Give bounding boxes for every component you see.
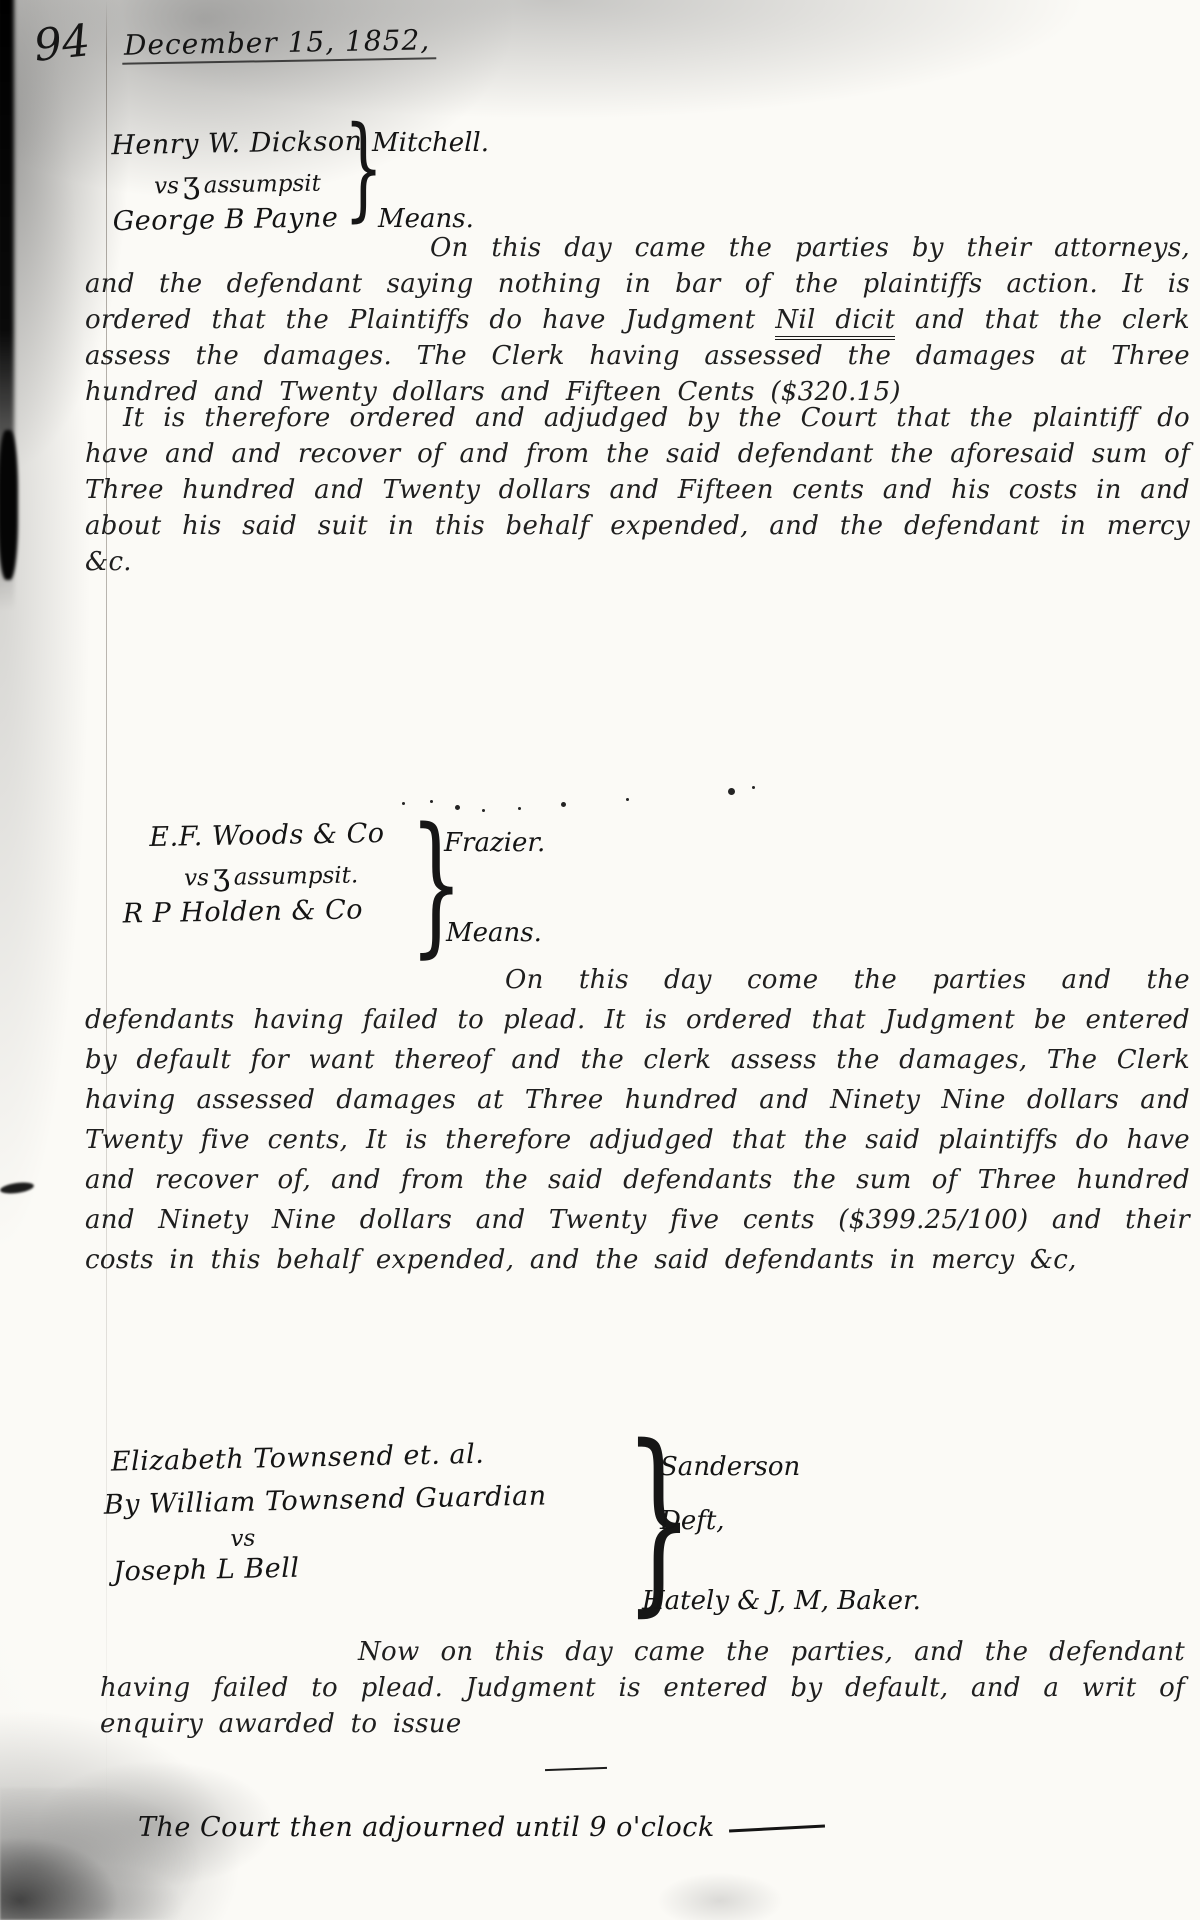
case2-defendant: R P Holden & Co <box>122 894 386 930</box>
adjournment-line: The Court then adjourned until 9 o'clock <box>138 1812 825 1843</box>
case2-order-paragraph: On this day come the parties and the def… <box>85 960 1190 1280</box>
paragraph-end-dash <box>545 1767 607 1771</box>
case2-action: assumpsit. <box>234 862 359 890</box>
case3-attorney-line2: Deft, <box>660 1506 725 1536</box>
case3-plaintiff-line2: By William Townsend Guardian <box>103 1480 546 1520</box>
case3-caption: Elizabeth Townsend et. al. By William To… <box>111 1437 549 1587</box>
case2-vs: vs <box>184 865 209 891</box>
case1-vs-line: vsassumpsit <box>112 163 364 202</box>
closing-dash <box>729 1824 825 1832</box>
case2-caption: E.F. Woods & Co vsassumpsit. R P Holden … <box>149 818 386 929</box>
case1-attorney-top: Mitchell. <box>372 128 489 158</box>
ink-blot-left-edge <box>0 430 18 580</box>
case1-action: assumpsit <box>204 171 322 199</box>
case1-caption: Henry W. Dickson vsassumpsit George B Pa… <box>111 126 364 237</box>
ink-mark-left-margin <box>0 1181 35 1196</box>
adjournment-text: The Court then adjourned until 9 o'clock <box>138 1812 715 1843</box>
case2-attorney-top: Frazier. <box>444 828 545 858</box>
case1-plaintiff: Henry W. Dickson <box>111 126 363 161</box>
case1-order-paragraph: On this day came the parties by their at… <box>85 230 1190 410</box>
page-number: 94 <box>31 15 92 72</box>
case1-nil-dicit: Nil dicit <box>775 305 895 340</box>
case1-judgment-paragraph: It is therefore ordered and adjudged by … <box>85 400 1190 580</box>
case3-order-paragraph: Now on this day came the parties, and th… <box>100 1634 1185 1742</box>
vs-brace-squiggle <box>179 173 204 199</box>
court-record-page: 94 December 15, 1852, Henry W. Dickson v… <box>0 0 1200 1920</box>
case2-attorney-bottom: Means. <box>446 918 542 948</box>
date-heading: December 15, 1852, <box>122 23 437 64</box>
case3-attorney-line1: Sanderson <box>660 1452 800 1482</box>
case3-attorney-line3: Hately & J, M, Baker. <box>642 1586 921 1616</box>
case2-plaintiff: E.F. Woods & Co <box>149 818 385 853</box>
case3-plaintiff-line1: Elizabeth Townsend et. al. <box>111 1437 546 1477</box>
paper-stain-bottom-left <box>0 1788 250 1920</box>
vs-brace-squiggle <box>209 865 234 891</box>
case3-defendant: Joseph L Bell <box>113 1547 548 1587</box>
case1-vs: vs <box>154 173 179 199</box>
case2-vs-line: vsassumpsit. <box>150 855 386 894</box>
